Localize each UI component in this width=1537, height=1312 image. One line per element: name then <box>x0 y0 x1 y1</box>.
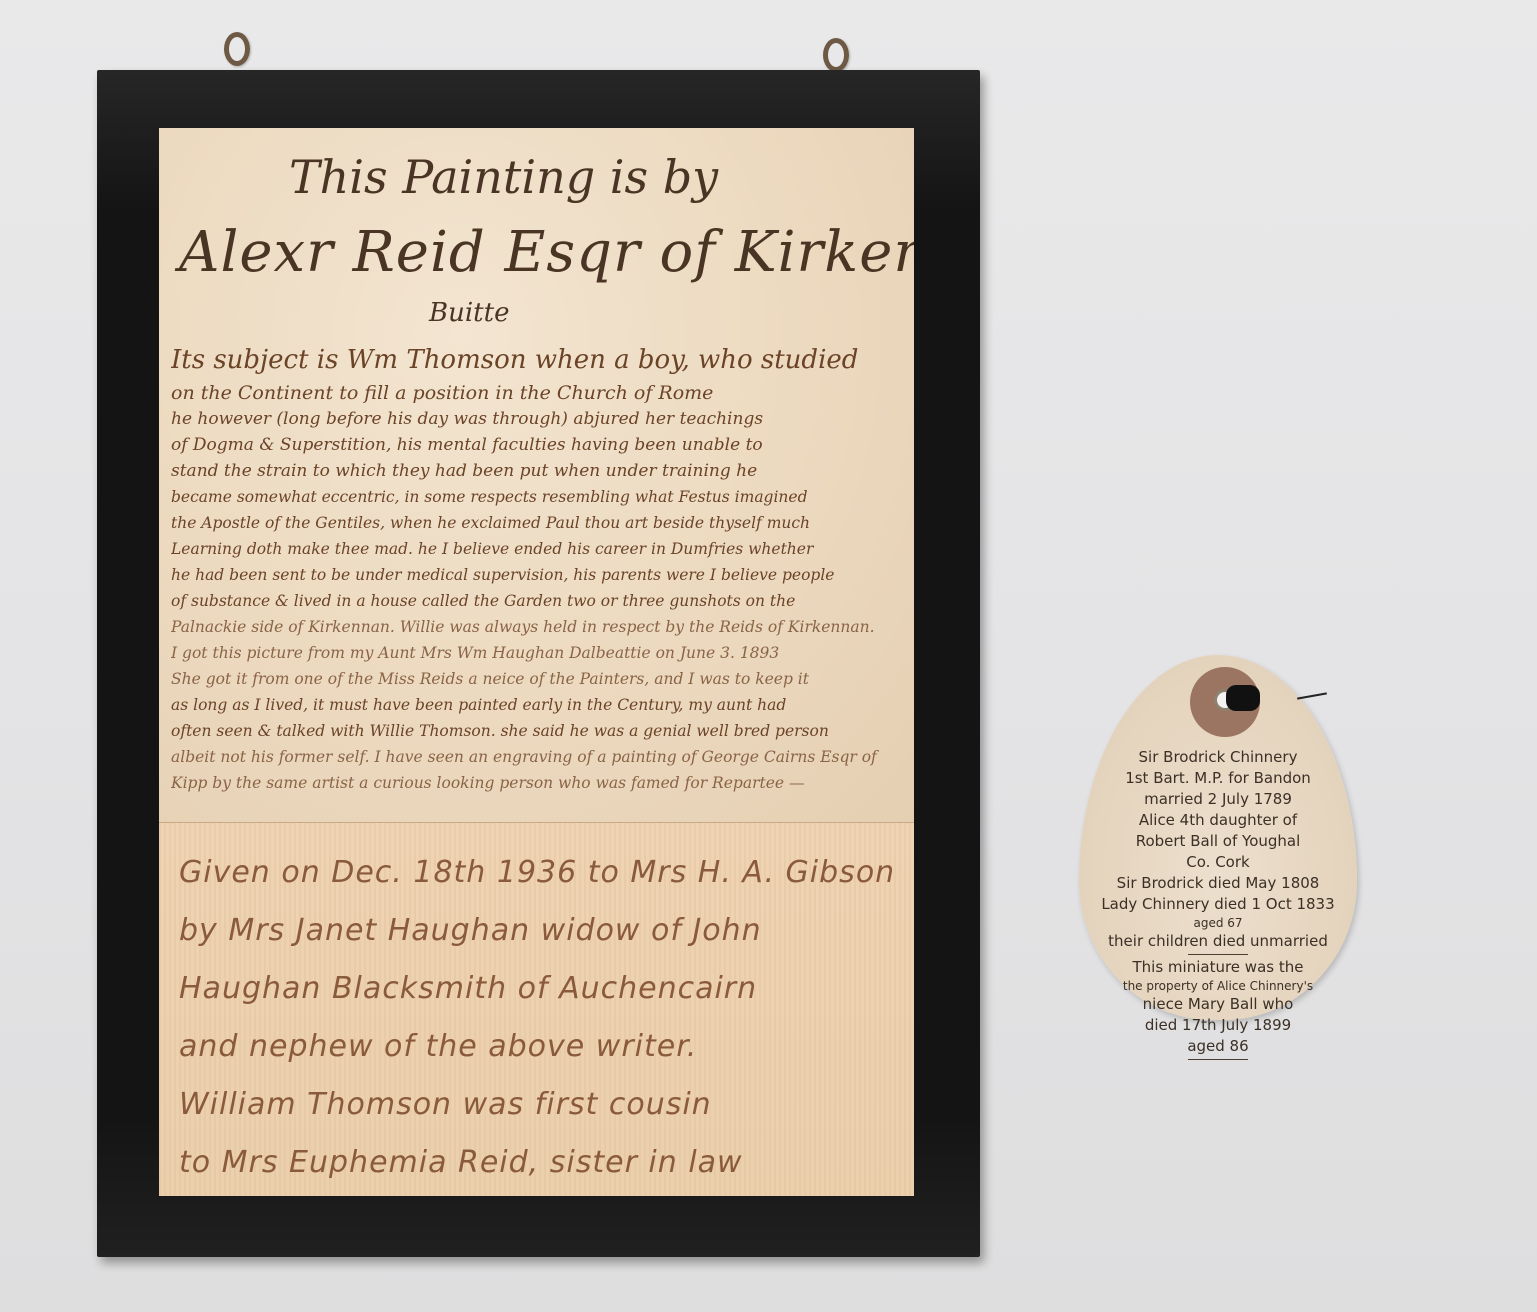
gift-note-line: and nephew of the above writer. <box>179 1018 914 1076</box>
body-line: I got this picture from my Aunt Mrs Wm H… <box>171 640 906 666</box>
gift-note: Given on Dec. 18th 1936 to Mrs H. A. Gib… <box>179 844 914 1196</box>
gift-note-line: Given on Dec. 18th 1936 to Mrs H. A. Gib… <box>179 844 914 902</box>
tag-eyelet-reinforcement <box>1190 667 1260 737</box>
heading-line-3: Buitte <box>429 298 509 328</box>
body-line: Learning doth make thee mad. he I believ… <box>171 536 906 562</box>
body-line: as long as I lived, it must have been pa… <box>171 692 906 718</box>
tag-line: Robert Ball of Youghal <box>1079 831 1357 852</box>
body-line: often seen & talked with Willie Thomson.… <box>171 718 906 744</box>
tag-line: Sir Brodrick Chinnery <box>1079 747 1357 768</box>
heading-line-2: Alexr Reid Esqr of Kirkennan <box>179 220 914 285</box>
black-ribbon-icon <box>1226 685 1260 711</box>
tag-line: their children died unmarried <box>1079 931 1357 952</box>
body-line: of substance & lived in a house called t… <box>171 588 906 614</box>
oval-label-tag: Sir Brodrick Chinnery 1st Bart. M.P. for… <box>1079 655 1357 1020</box>
tag-line: married 2 July 1789 <box>1079 789 1357 810</box>
gift-note-line: of the painter, her Aunt nee Penelope <box>179 1192 914 1196</box>
tag-divider <box>1188 954 1248 955</box>
document-body: Its subject is Wm Thomson when a boy, wh… <box>171 340 906 796</box>
thread-icon <box>1297 692 1327 699</box>
body-line: of Dogma & Superstition, his mental facu… <box>171 432 906 458</box>
body-line: Palnackie side of Kirkennan. Willie was … <box>171 614 906 640</box>
body-line: Its subject is Wm Thomson when a boy, wh… <box>171 340 906 380</box>
tag-line: Sir Brodrick died May 1808 <box>1079 873 1357 894</box>
document-upper-sheet: This Painting is by Alexr Reid Esqr of K… <box>159 128 914 822</box>
tag-line: aged 67 <box>1079 915 1357 931</box>
tag-line: Co. Cork <box>1079 852 1357 873</box>
body-line: the Apostle of the Gentiles, when he exc… <box>171 510 906 536</box>
black-picture-frame: This Painting is by Alexr Reid Esqr of K… <box>97 70 980 1257</box>
body-line: he however (long before his day was thro… <box>171 406 906 432</box>
tag-line: Lady Chinnery died 1 Oct 1833 <box>1079 894 1357 915</box>
body-line: he had been sent to be under medical sup… <box>171 562 906 588</box>
tag-line: Alice 4th daughter of <box>1079 810 1357 831</box>
tag-line: died 17th July 1899 <box>1079 1015 1357 1036</box>
body-line: albeit not his former self. I have seen … <box>171 744 906 770</box>
tag-inscription: Sir Brodrick Chinnery 1st Bart. M.P. for… <box>1079 747 1357 1062</box>
body-line: stand the strain to which they had been … <box>171 458 906 484</box>
heading-line-1: This Painting is by <box>289 150 718 204</box>
body-line: became somewhat eccentric, in some respe… <box>171 484 906 510</box>
framed-handwritten-document: This Painting is by Alexr Reid Esqr of K… <box>159 128 914 1196</box>
body-line: She got it from one of the Miss Reids a … <box>171 666 906 692</box>
tag-divider <box>1188 1059 1248 1060</box>
tag-line: 1st Bart. M.P. for Bandon <box>1079 768 1357 789</box>
gift-note-line: William Thomson was first cousin <box>179 1076 914 1134</box>
body-line: on the Continent to fill a position in t… <box>171 380 906 406</box>
hanging-ring-left <box>224 32 250 66</box>
hanging-ring-right <box>823 38 849 72</box>
gift-note-line: Haughan Blacksmith of Auchencairn <box>179 960 914 1018</box>
gift-note-line: by Mrs Janet Haughan widow of John <box>179 902 914 960</box>
tag-line: niece Mary Ball who <box>1079 994 1357 1015</box>
tag-line: the property of Alice Chinnery's <box>1079 978 1357 994</box>
tag-line: aged 86 <box>1079 1036 1357 1057</box>
body-line: Kipp by the same artist a curious lookin… <box>171 770 906 796</box>
tag-line: This miniature was the <box>1079 957 1357 978</box>
gift-note-line: to Mrs Euphemia Reid, sister in law <box>179 1134 914 1192</box>
